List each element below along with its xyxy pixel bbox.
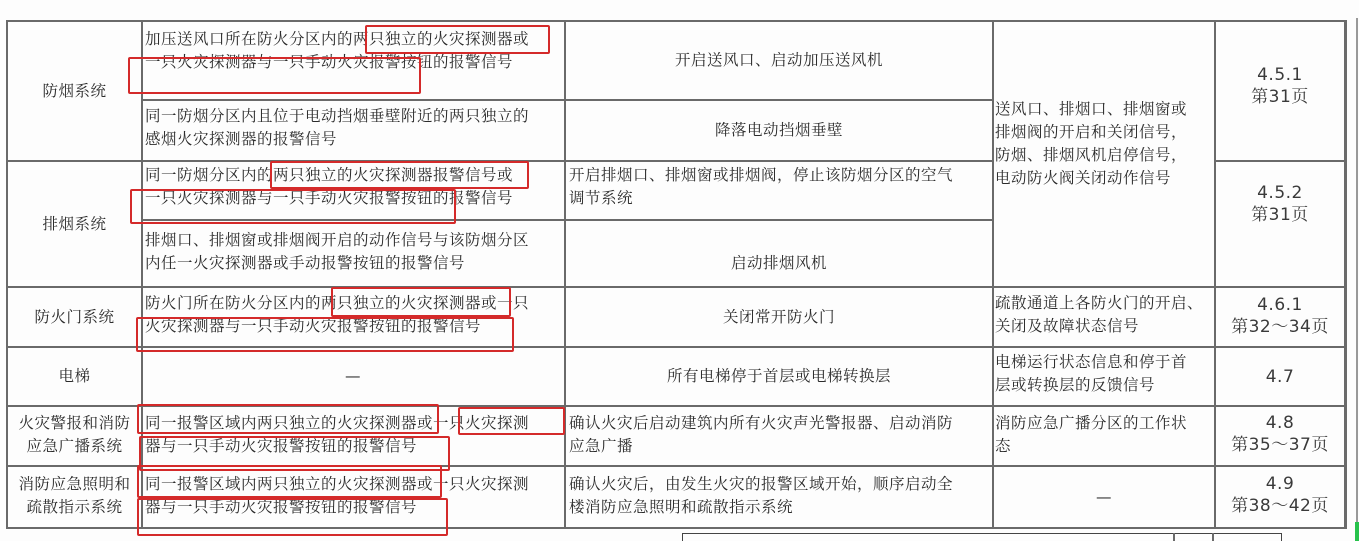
highlight-box xyxy=(137,465,442,498)
reference-clause: 4.5.2 第31页 xyxy=(1216,162,1344,286)
system-name-emergency-lighting: 消防应急照明和 疏散指示系统 xyxy=(8,467,141,527)
linkage-action: 开启排烟口、排烟窗或排烟阀，停止该防烟分区的空气 调节系统 xyxy=(566,162,992,219)
feedback-signal: 疏散通道上各防火门的开启、 关闭及故障状态信号 xyxy=(994,288,1214,346)
system-name-fire-alarm-broadcast: 火灾警报和消防 应急广播系统 xyxy=(8,407,141,465)
document-page: 防烟系统 加压送风口所在防火分区内的两只独立的火灾探测器或 一只火灾探测器与一只… xyxy=(0,0,1359,541)
next-table-divider xyxy=(1173,533,1175,541)
linkage-action: 开启送风口、启动加压送风机 xyxy=(566,22,992,99)
page-edge-line xyxy=(1356,18,1358,541)
feedback-signal: 消防应急广播分区的工作状 态 xyxy=(994,407,1214,465)
highlight-box xyxy=(458,407,565,435)
feedback-signal: 送风口、排烟口、排烟窗或 排烟阀的开启和关闭信号， 防烟、排烟风机启停信号， 电… xyxy=(994,22,1214,286)
linkage-action: 关闭常开防火门 xyxy=(566,288,992,346)
next-table-divider xyxy=(1212,533,1214,541)
highlight-box xyxy=(130,189,456,224)
feedback-signal: 电梯运行状态信息和停于首 层或转换层的反馈信号 xyxy=(994,348,1214,405)
highlight-box xyxy=(365,25,550,54)
system-name-smoke-prevention: 防烟系统 xyxy=(8,22,141,160)
linkage-action: 降落电动挡烟垂壁 xyxy=(566,101,992,160)
highlight-box xyxy=(136,317,514,352)
system-name-fire-door: 防火门系统 xyxy=(8,288,141,346)
trigger-condition: — xyxy=(142,348,564,405)
highlight-box xyxy=(137,498,448,536)
system-name-smoke-exhaust: 排烟系统 xyxy=(8,162,141,286)
system-name-elevator: 电梯 xyxy=(8,348,141,405)
scroll-indicator xyxy=(1355,522,1359,541)
next-table-border xyxy=(682,533,1282,541)
reference-clause: 4.9 第38～42页 xyxy=(1216,467,1344,527)
feedback-signal: — xyxy=(994,467,1214,527)
highlight-box xyxy=(128,57,421,94)
linkage-action: 启动排烟风机 xyxy=(566,221,992,286)
reference-clause: 4.7 xyxy=(1216,348,1344,405)
table-border-right xyxy=(1344,20,1347,529)
trigger-condition: 同一防烟分区内且位于电动挡烟垂壁附近的两只独立的 感烟火灾探测器的报警信号 xyxy=(142,101,564,160)
trigger-condition: 排烟口、排烟窗或排烟阀开启的动作信号与该防烟分区 内任一火灾探测器或手动报警按钮… xyxy=(142,221,564,286)
reference-clause: 4.5.1 第31页 xyxy=(1216,22,1344,160)
reference-clause: 4.6.1 第32～34页 xyxy=(1216,288,1344,346)
linkage-action: 确认火灾后启动建筑内所有火灾声光警报器、启动消防 应急广播 xyxy=(566,407,992,465)
highlight-box xyxy=(137,404,439,434)
reference-clause: 4.8 第35～37页 xyxy=(1216,407,1344,465)
highlight-box xyxy=(270,161,529,189)
highlight-box xyxy=(331,287,511,317)
linkage-action: 所有电梯停于首层或电梯转换层 xyxy=(566,348,992,405)
linkage-action: 确认火灾后，由发生火灾的报警区域开始，顺序启动全 楼消防应急照明和疏散指示系统 xyxy=(566,467,992,527)
